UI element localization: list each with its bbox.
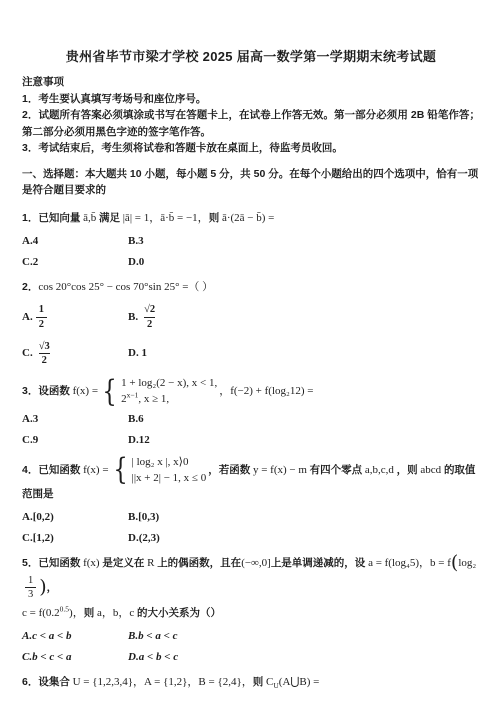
piecewise-function: {| log₂ x |, x⟩0||x + 2| − 1, x ≤ 0: [111, 455, 207, 486]
q5-stem-math: a = f(log₄5)，b = f: [365, 557, 451, 569]
q5-stem-math: R: [144, 557, 157, 569]
q4-stem-math: f(x) =: [80, 464, 108, 476]
question-5: 5．已知函数 f(x) 是定义在 R 上的偶函数，且在(−∞,0]上是单调递减的…: [22, 553, 480, 663]
q5-option-a: A.c < a < b: [22, 630, 128, 642]
q1-stem-text: 则: [209, 212, 220, 224]
q3-stem-tail: ，f(−2) + f(log₂12) =: [219, 385, 313, 397]
q5-stem-text: 则: [84, 607, 95, 619]
piecewise-function: {1 + log₂(2 − x), x < 1,2x−1, x ≥ 1,: [100, 376, 217, 407]
q5-option-b: B.b < a < c: [128, 630, 178, 642]
q5-stem-text: 上的偶函数，且在: [157, 557, 241, 569]
q4-option-c: C.[1,2): [22, 532, 128, 544]
question-3: 3．设函数 f(x) ={1 + log₂(2 − x), x < 1,2x−1…: [22, 376, 480, 446]
q4-stem-math: y = f(x) − m: [250, 464, 309, 476]
q5-stem-math: a，b，c: [94, 607, 137, 619]
q6-stem: 6．设集合 U = {1,2,3,4}，A = {1,2}，B = {2,4}，…: [22, 672, 480, 693]
q2-option-a: A.12: [22, 303, 128, 330]
q2-option-c-label: C.: [22, 347, 33, 359]
q2-option-a-label: A.: [22, 311, 33, 323]
q3-options: A.3 B.6 C.9 D.12: [22, 413, 480, 446]
q5-stem-text: 5．已知函数: [22, 557, 80, 569]
q5-stem-line1: 5．已知函数 f(x) 是定义在 R 上的偶函数，且在(−∞,0]上是单调递减的…: [22, 553, 480, 601]
q3-option-d: D.12: [128, 434, 150, 446]
q1-options: A.4 B.3 C.2 D.0: [22, 235, 480, 268]
fraction: √32: [36, 340, 53, 367]
q5-stem-math: f(x): [80, 557, 102, 569]
q4-option-d: D.(2,3): [128, 532, 160, 544]
q6-stem-math: (A⋃B) =: [279, 676, 320, 688]
q1-option-c: C.2: [22, 256, 128, 268]
q4-option-a: A.[0,2): [22, 511, 128, 523]
left-brace: {: [102, 378, 116, 405]
question-1: 1．已知向量 ā,b̄ 满足 |ā| = 1，ā·b̄ = −1，则 ā·(2ā…: [22, 208, 480, 268]
q1-stem: 1．已知向量 ā,b̄ 满足 |ā| = 1，ā·b̄ = −1，则 ā·(2ā…: [22, 208, 480, 229]
question-4: 4．已知函数 f(x) ={| log₂ x |, x⟩0||x + 2| − …: [22, 455, 480, 545]
notice-item: 3．考试结束后，考生须将试卷和答题卡放在桌面上，待监考员收回。: [22, 140, 480, 156]
exam-paper: 贵州省毕节市梁才学校 2025 届高一数学第一学期期末统考试题 注意事项 1．考…: [0, 0, 500, 707]
q5-option-c: C.b < c < a: [22, 651, 128, 663]
q3-piece-1: 1 + log₂(2 − x), x < 1,: [121, 376, 217, 390]
q5-options: A.c < a < b B.b < a < c C.b < c < a D.a …: [22, 630, 480, 663]
section-1-heading: 一、选择题：本大题共 10 小题，每小题 5 分，共 50 分。在每个小题给出的…: [22, 166, 480, 199]
q2-option-b-label: B.: [128, 311, 138, 323]
page-title: 贵州省毕节市梁才学校 2025 届高一数学第一学期期末统考试题: [22, 46, 480, 65]
q1-option-d: D.0: [128, 256, 144, 268]
q5-option-d: D.a < b < c: [128, 651, 178, 663]
q5-stem-text: 的大小关系为（）: [137, 607, 221, 619]
q1-option-b: B.3: [128, 235, 144, 247]
q3-stem: 3．设函数 f(x) ={1 + log₂(2 − x), x < 1,2x−1…: [22, 376, 480, 407]
q1-stem-math: |ā| = 1，ā·b̄ = −1，: [120, 212, 209, 224]
q2-option-b: B.√22: [128, 303, 161, 330]
q3-option-a: A.3: [22, 413, 128, 425]
q4-piece-1: | log₂ x |, x⟩0: [132, 455, 207, 469]
q4-stem: 4．已知函数 f(x) ={| log₂ x |, x⟩0||x + 2| − …: [22, 455, 480, 506]
q1-option-a: A.4: [22, 235, 128, 247]
q2-stem-text: 2．: [22, 281, 38, 293]
notice-item: 2．试题所有答案必须填涂或书写在答题卡上，在试卷上作答无效。第一部分必须用 2B…: [22, 107, 480, 140]
left-brace: {: [113, 456, 127, 483]
q1-stem-math: ā·(2ā − b̄) =: [219, 212, 274, 224]
q6-stem-math: C: [263, 676, 273, 688]
q4-option-b: B.[0,3): [128, 511, 160, 523]
q5-stem-text: 是定义在: [102, 557, 144, 569]
q3-piece-2: 2x−1, x ≥ 1,: [121, 392, 217, 406]
q2-option-c: C.√32: [22, 340, 128, 367]
q5-stem-math: )，: [69, 607, 84, 619]
exponent: x−1: [127, 391, 139, 400]
notice-section: 注意事项 1．考生要认真填写考场号和座位序号。 2．试题所有答案必须填涂或书写在…: [22, 74, 480, 156]
q5-stem-math: c = f(0.2: [22, 607, 60, 619]
q2-option-d: D. 1: [128, 340, 161, 367]
q5-stem-text: ，: [47, 581, 58, 593]
q2-stem-math: cos 20°cos 25° − cos 70°sin 25° =（ ）: [38, 281, 213, 293]
fraction: √22: [141, 303, 158, 330]
fraction: 13: [25, 574, 36, 601]
q1-stem-text: 1．已知向量: [22, 212, 80, 224]
notice-item: 1．考生要认真填写考场号和座位序号。: [22, 91, 480, 107]
q5-stem-line2: c = f(0.20.5)，则 a，b，c 的大小关系为（）: [22, 603, 480, 624]
q5-stem-math: log₂: [458, 557, 476, 569]
fraction: 12: [36, 303, 47, 330]
q3-option-b: B.6: [128, 413, 150, 425]
q2-options: A.12 B.√22 C.√32 D. 1: [22, 303, 480, 367]
q4-stem-text: 有四个零点: [310, 464, 363, 476]
right-paren: ): [39, 576, 46, 598]
q3-stem-math: f(x) =: [70, 385, 98, 397]
q4-options: A.[0,2) B.[0,3) C.[1,2) D.(2,3): [22, 511, 480, 544]
exponent: 0.5: [60, 605, 69, 614]
q2-stem: 2．cos 20°cos 25° − cos 70°sin 25° =（ ）: [22, 277, 480, 298]
notice-heading: 注意事项: [22, 74, 480, 89]
q3-option-c: C.9: [22, 434, 128, 446]
q4-stem-math: abcd: [418, 464, 444, 476]
question-2: 2．cos 20°cos 25° − cos 70°sin 25° =（ ） A…: [22, 277, 480, 367]
q1-stem-text: 满足: [99, 212, 120, 224]
q1-stem-math: ā,b̄: [80, 212, 99, 224]
question-6: 6．设集合 U = {1,2,3,4}，A = {1,2}，B = {2,4}，…: [22, 672, 480, 693]
q6-stem-text: 6．设集合: [22, 676, 70, 688]
q5-stem-math: (−∞,0]: [241, 557, 271, 569]
q4-stem-text: 4．已知函数: [22, 464, 80, 476]
q5-stem-text: 上是单调递减的，设: [271, 557, 366, 569]
q4-stem-math: a,b,c,d: [362, 464, 397, 476]
q4-piece-2: ||x + 2| − 1, x ≤ 0: [132, 471, 207, 485]
q4-stem-text: ，若函数: [208, 464, 250, 476]
q6-stem-text: 则: [253, 676, 264, 688]
q4-stem-text: ，则: [397, 464, 418, 476]
q6-stem-math: U = {1,2,3,4}，A = {1,2}，B = {2,4}，: [70, 676, 253, 688]
q3-stem-text: 3．设函数: [22, 385, 70, 397]
